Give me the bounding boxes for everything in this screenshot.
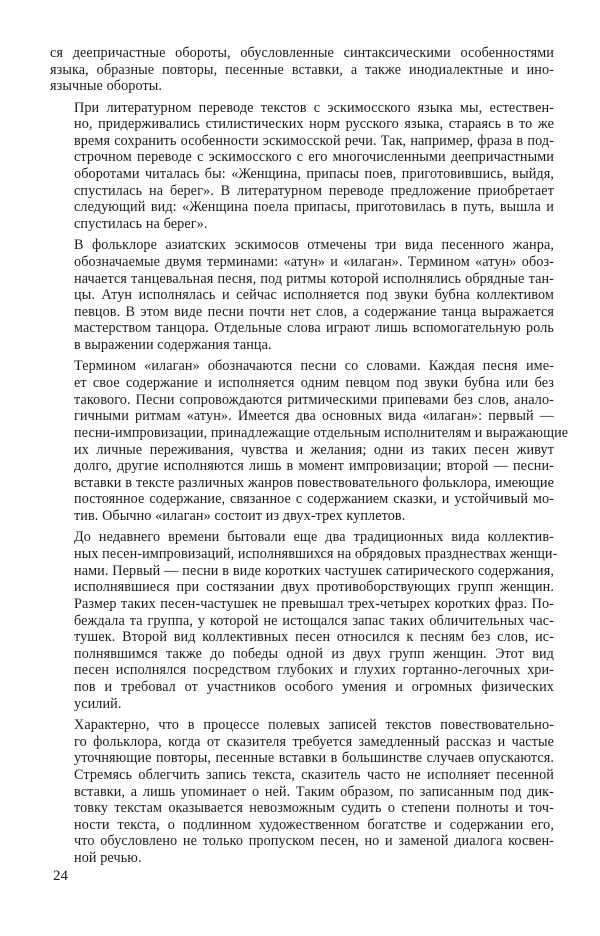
text-line: исполнявшиеся при состязании двух против…: [50, 579, 554, 596]
text-line: спустилась на берег».: [50, 216, 554, 233]
text-line: До недавнего времени бытовали еще два тр…: [50, 529, 554, 546]
text-line: что обусловлено не только пропуском песе…: [50, 833, 554, 850]
text-line: спустилась на берег». В литературном пер…: [50, 183, 554, 200]
paragraph-1: ся деепричастные обороты, обусловленные …: [50, 45, 554, 95]
text-line: песен исполнялся посредством глубоких и …: [50, 662, 554, 679]
text-line: строчном переводе с эскимосского с его м…: [50, 149, 554, 166]
text-line: их личные переживания, чувства и желания…: [50, 442, 554, 459]
text-line: Стремясь облегчить запись текста, сказит…: [50, 767, 554, 784]
text-line: Размер таких песен-частушек не превышал …: [50, 596, 554, 613]
text-line: постоянное содержание, связанное с содер…: [50, 491, 554, 508]
text-line: долго, другие исполняются лишь в момент …: [50, 458, 554, 475]
text-line: в выражении содержания танца.: [50, 337, 554, 354]
text-line: вставки, а лишь упоминает о ней. Таким о…: [50, 784, 554, 801]
paragraph-4: Термином «илаган» обозначаются песни со …: [50, 358, 554, 524]
text-line: ности текста, о подлинном художественном…: [50, 817, 554, 834]
text-line: певцов. В этом виде песни почти нет слов…: [50, 304, 554, 321]
text-line: ет свое содержание и исполняется одним п…: [50, 375, 554, 392]
text-line: оборотами читалась бы: «Женщина, припасы…: [50, 166, 554, 183]
text-line: усилий.: [50, 696, 554, 713]
text-line: языка, образные повторы, песенные вставк…: [50, 62, 554, 79]
text-line: уточняющие повторы, песенные вставки в б…: [50, 750, 554, 767]
text-line: беждала та группа, у которой не истощалс…: [50, 613, 554, 630]
text-line: ных песен-импровизаций, исполнявшихся на…: [50, 546, 554, 563]
text-line: Термином «илаган» обозначаются песни со …: [50, 358, 554, 375]
text-line: тушек. Второй вид коллективных песен отн…: [50, 629, 554, 646]
text-line: тив. Обычно «илаган» состоит из двух-тре…: [50, 508, 554, 525]
paragraph-2: При литературном переводе текстов с эски…: [50, 100, 554, 233]
text-line: ной речью.: [50, 850, 554, 867]
text-line: время сохранить особенности эскимосской …: [50, 133, 554, 150]
text-line: пов и требовал от участников особого уме…: [50, 679, 554, 696]
text-line: нами. Первый — песни в виде коротких час…: [50, 563, 554, 580]
text-line: Характерно, что в процессе полевых запис…: [50, 717, 554, 734]
text-line: начается танцевальная песня, под ритмы к…: [50, 271, 554, 288]
paragraph-3: В фольклоре азиатских эскимосов отмечены…: [50, 237, 554, 353]
paragraph-5: До недавнего времени бытовали еще два тр…: [50, 529, 554, 712]
text-line: В фольклоре азиатских эскимосов отмечены…: [50, 237, 554, 254]
text-line: но, придерживались стилистических норм р…: [50, 116, 554, 133]
text-line: язычные обороты.: [50, 78, 554, 95]
text-line: такового. Песни сопровождаются ритмическ…: [50, 392, 554, 409]
text-line: гичными ритмам «атун». Имеется два основ…: [50, 408, 554, 425]
text-line: вставки в тексте различных жанров повест…: [50, 475, 554, 492]
page-number: 24: [53, 868, 68, 885]
text-line: обозначаемые двумя терминами: «атун» и «…: [50, 254, 554, 271]
text-line: цы. Атун исполнялась и сейчас исполняетс…: [50, 287, 554, 304]
text-line: ся деепричастные обороты, обусловленные …: [50, 45, 554, 62]
text-line: полнявшимся также до победы одной из дву…: [50, 646, 554, 663]
text-line: песни-импровизации, принадлежащие отдель…: [50, 425, 554, 442]
text-line: го фольклора, когда от сказителя требует…: [50, 734, 554, 751]
paragraph-6: Характерно, что в процессе полевых запис…: [50, 717, 554, 867]
page-body: ся деепричастные обороты, обусловленные …: [50, 45, 554, 871]
text-line: следующий вид: «Женщина поела припасы, п…: [50, 199, 554, 216]
text-line: мастерством танцора. Отдельные слова игр…: [50, 320, 554, 337]
text-line: товку текстам оказывается невозможным су…: [50, 800, 554, 817]
text-line: При литературном переводе текстов с эски…: [50, 100, 554, 117]
